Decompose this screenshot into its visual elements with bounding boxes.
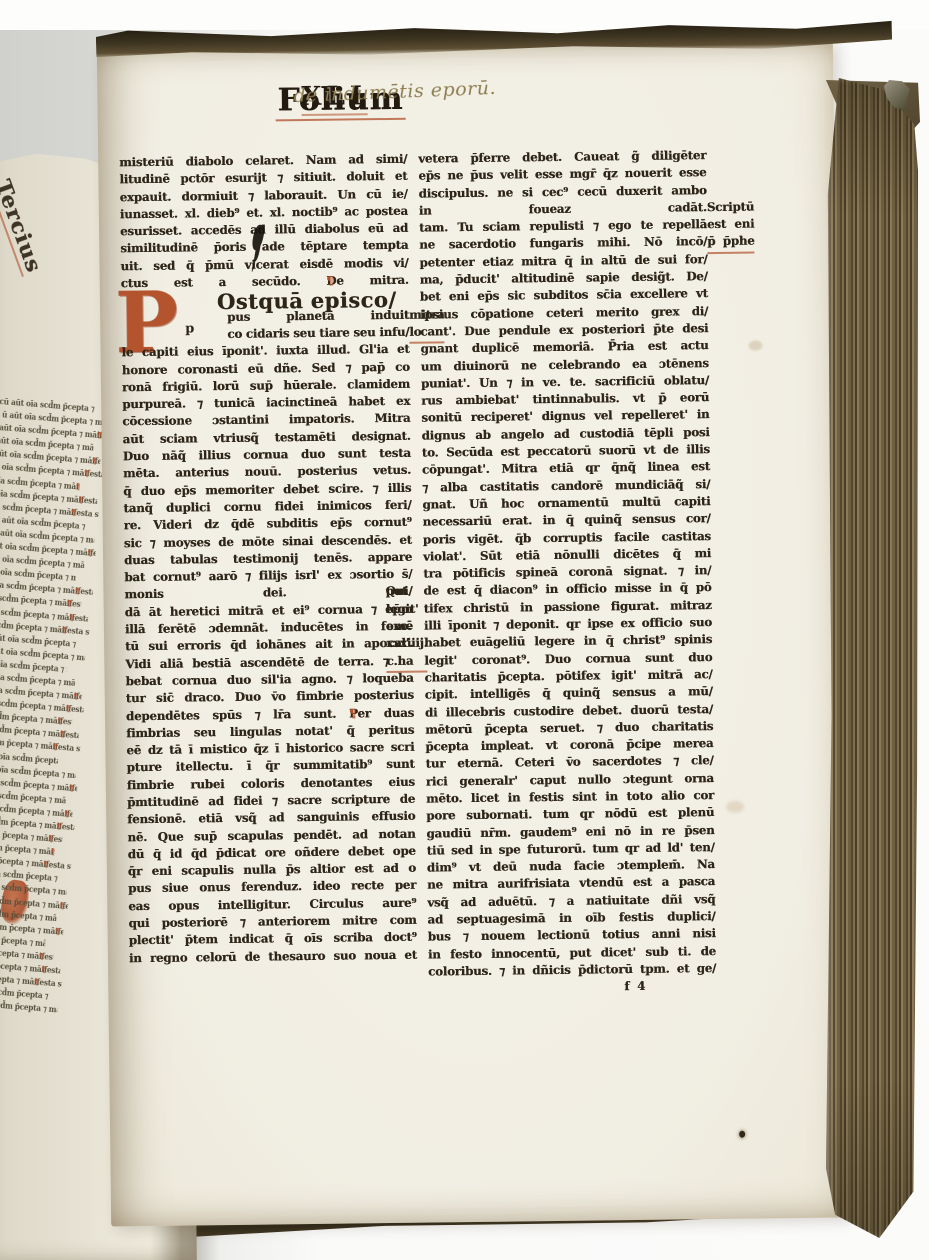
- wormhole: [739, 1131, 745, 1138]
- text-column-right: vetera p̄ferre debet. Caueat g̃ diligēte…: [418, 147, 716, 998]
- foxing-spot: [748, 340, 762, 350]
- quire-signature: f 4: [428, 977, 716, 998]
- photograph-of-open-book: Tercius cū aūt oīa scd̄m p̄cepta ⁊ mā¶if…: [0, 0, 929, 1260]
- facing-running-title: Tercius: [0, 176, 47, 277]
- text-column-left: P p misteriū diabolo celaret. Nam ad sim…: [119, 151, 417, 967]
- backdrop-top: [0, 0, 929, 30]
- text-line: in regno celorū de thesauro suo noua et: [129, 946, 417, 967]
- fore-edge-page-block: [826, 78, 918, 1238]
- page-header: FoliumXLIde indumētis eporū.: [275, 76, 796, 128]
- foxing-spot: [726, 801, 744, 813]
- recto-page: FoliumXLIde indumētis eporū. P p misteri…: [97, 40, 847, 1227]
